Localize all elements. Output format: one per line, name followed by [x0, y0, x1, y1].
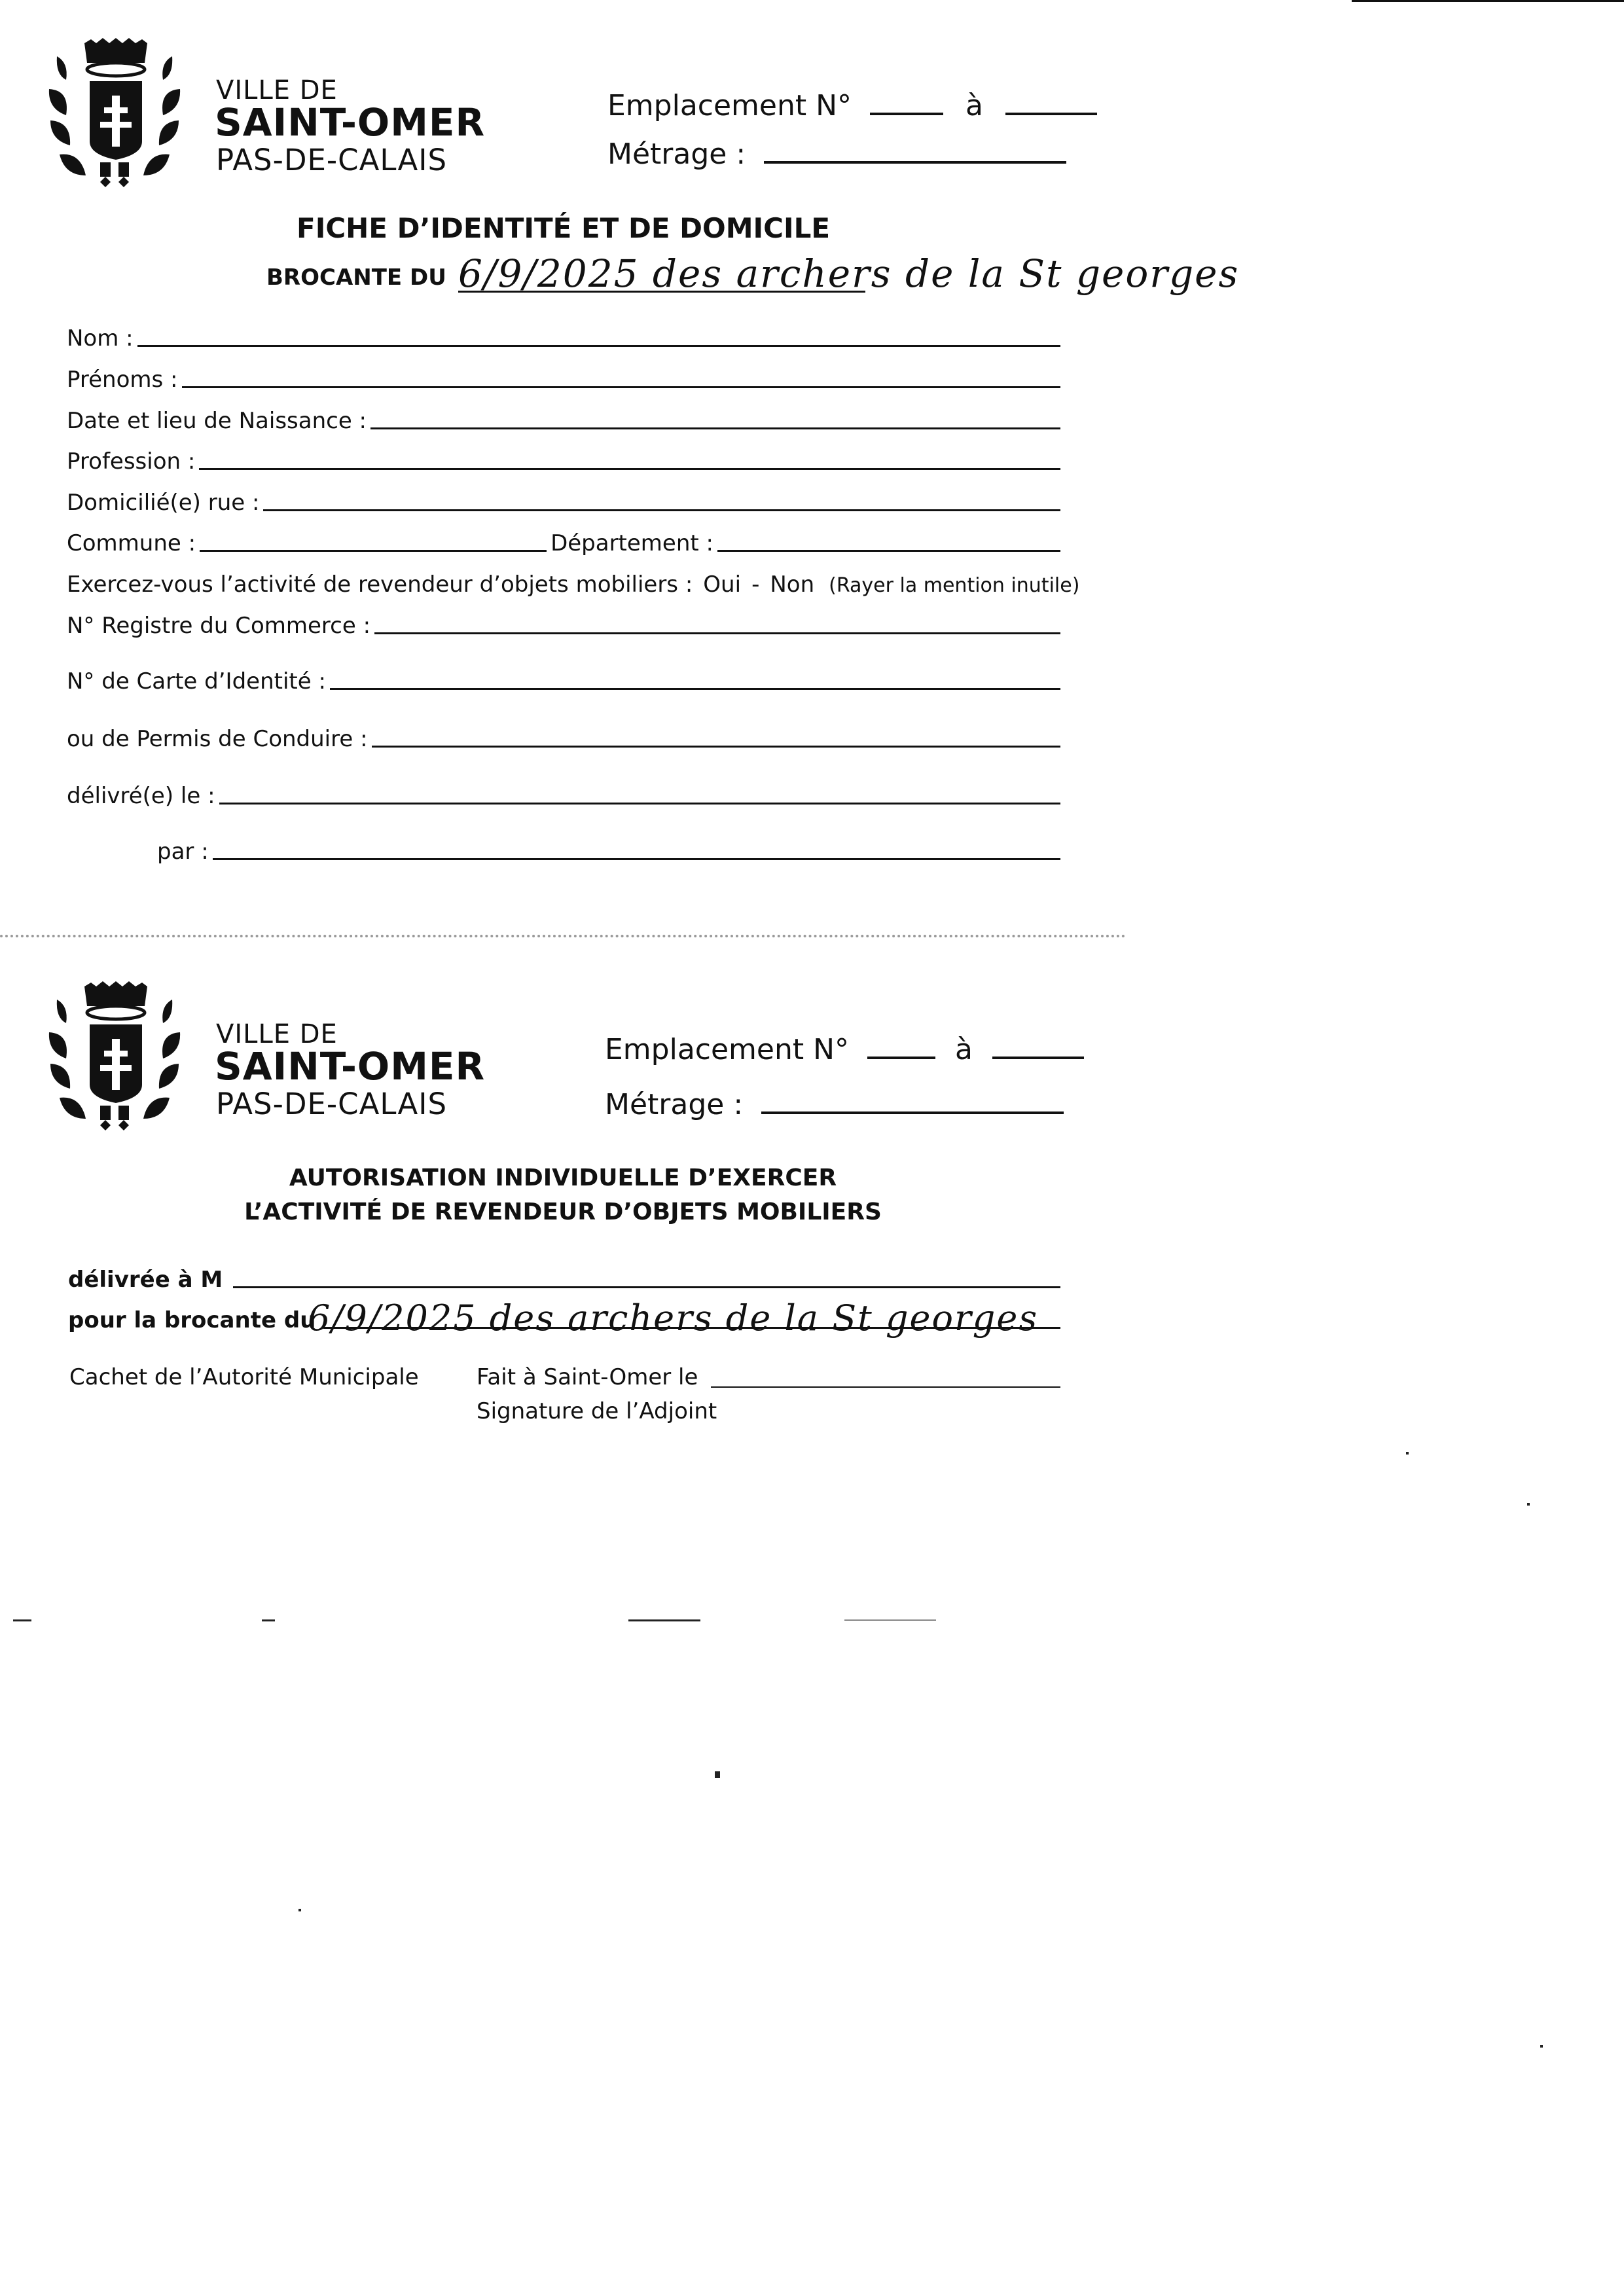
field-label: Profession :	[67, 450, 199, 473]
scan-mark	[1406, 1452, 1409, 1455]
city-crest-icon	[44, 37, 185, 194]
brand-ville-de: VILLE DE	[216, 1021, 338, 1047]
brand-department: PAS-DE-CALAIS	[216, 145, 447, 175]
field-input-line[interactable]	[372, 746, 1060, 748]
cut-separator-dotted	[0, 935, 1126, 937]
field-input-line[interactable]	[374, 632, 1060, 634]
emplacement-label: Emplacement N°	[605, 1033, 849, 1066]
commune-label: Commune :	[67, 532, 200, 554]
field-carte-identite[interactable]: N° de Carte d’Identité :	[67, 670, 1060, 693]
field-date-lieu-naissance[interactable]: Date et lieu de Naissance :	[67, 410, 1060, 432]
signature-label: Signature de l’Adjoint	[477, 1398, 717, 1424]
brocante-label: pour la brocante du	[68, 1309, 323, 1331]
field-domicile-rue[interactable]: Domicilié(e) rue :	[67, 492, 1060, 514]
scan-mark	[715, 1771, 720, 1778]
commune-input-line[interactable]	[200, 550, 547, 552]
authorization-title-line2: L’ACTIVITÉ DE REVENDEUR D’OBJETS MOBILIE…	[0, 1201, 1126, 1224]
emplacement-a-label: à	[955, 1033, 973, 1066]
scan-mark	[298, 1909, 301, 1911]
form-title: FICHE D’IDENTITÉ ET DE DOMICILE	[297, 215, 830, 242]
metrage-field[interactable]	[764, 160, 1066, 164]
brocante-label: BROCANTE DU	[266, 264, 446, 291]
brocante-handwritten-value[interactable]: 6/9/2025 des archers de la St georges	[308, 1297, 1038, 1339]
field-label: N° Registre du Commerce :	[67, 615, 374, 637]
field-par[interactable]: par :	[157, 840, 1060, 863]
emplacement-number-field[interactable]	[867, 1056, 935, 1059]
field-input-line[interactable]	[213, 858, 1060, 860]
metrage-field[interactable]	[761, 1111, 1064, 1114]
scan-mark	[844, 1619, 936, 1621]
scan-mark	[13, 1619, 31, 1621]
emplacement-a-label: à	[965, 89, 983, 122]
field-nom[interactable]: Nom :	[67, 327, 1060, 350]
option-separator: -	[751, 573, 759, 596]
city-crest-icon	[44, 980, 185, 1137]
cachet-label: Cachet de l’Autorité Municipale	[69, 1364, 419, 1390]
field-label: ou de Permis de Conduire :	[67, 728, 372, 750]
delivree-label: délivrée à M	[68, 1269, 233, 1291]
field-input-line[interactable]	[330, 688, 1060, 690]
option-non[interactable]: Non	[770, 573, 814, 596]
field-permis-conduire[interactable]: ou de Permis de Conduire :	[67, 728, 1060, 750]
field-input-line[interactable]	[199, 468, 1060, 470]
field-label: délivré(e) le :	[67, 785, 219, 807]
emplacement-label: Emplacement N°	[607, 89, 852, 122]
brand-ville-de: VILLE DE	[216, 77, 338, 103]
brand-city-name: SAINT-OMER	[215, 103, 485, 141]
field-delivre-le[interactable]: délivré(e) le :	[67, 785, 1060, 807]
emplacement-row: Emplacement N° à	[605, 1036, 1084, 1064]
field-label: Date et lieu de Naissance :	[67, 410, 370, 432]
authorization-title-line1: AUTORISATION INDIVIDUELLE D’EXERCER	[0, 1166, 1126, 1190]
metrage-label: Métrage :	[607, 137, 746, 171]
field-input-line[interactable]	[182, 386, 1060, 388]
emplacement-location-field[interactable]	[992, 1056, 1084, 1059]
field-input-line[interactable]	[370, 427, 1060, 429]
revendeur-question: Exercez-vous l’activité de revendeur d’o…	[67, 573, 693, 596]
field-input-line[interactable]	[219, 803, 1060, 804]
brocante-handwritten-value[interactable]: 6/9/2025 des archers de la St georges	[458, 251, 1239, 296]
field-label: Nom :	[67, 327, 137, 350]
rayer-note: (Rayer la mention inutile)	[829, 576, 1079, 596]
fait-row: Fait à Saint-Omer le	[477, 1364, 1060, 1390]
field-label: Prénoms :	[67, 369, 182, 391]
field-delivree-a[interactable]: délivrée à M	[68, 1269, 1060, 1291]
metrage-row: Métrage :	[605, 1091, 1064, 1119]
field-prenoms[interactable]: Prénoms :	[67, 369, 1060, 391]
emplacement-number-field[interactable]	[870, 112, 943, 115]
field-label: par :	[157, 840, 213, 863]
field-input-line[interactable]	[137, 345, 1060, 347]
scan-mark	[628, 1619, 700, 1621]
field-registre-commerce[interactable]: N° Registre du Commerce :	[67, 615, 1060, 637]
field-label: Domicilié(e) rue :	[67, 492, 263, 514]
field-profession[interactable]: Profession :	[67, 450, 1060, 473]
metrage-label: Métrage :	[605, 1088, 743, 1121]
revendeur-question-row: Exercez-vous l’activité de revendeur d’o…	[67, 573, 1060, 596]
scan-mark	[1527, 1503, 1530, 1506]
field-commune-departement: Commune : Département :	[67, 532, 1060, 554]
departement-label: Département :	[547, 532, 717, 554]
brand-department: PAS-DE-CALAIS	[216, 1089, 447, 1119]
emplacement-row: Emplacement N° à	[607, 92, 1097, 120]
delivree-input-line[interactable]	[233, 1286, 1060, 1288]
scan-mark	[1540, 2045, 1543, 2048]
emplacement-location-field[interactable]	[1005, 112, 1097, 115]
scan-mark	[262, 1619, 275, 1621]
fait-label: Fait à Saint-Omer le	[477, 1364, 711, 1390]
scan-edge-line	[1352, 0, 1624, 2]
fait-date-line[interactable]	[711, 1386, 1060, 1388]
brand-city-name: SAINT-OMER	[215, 1047, 485, 1085]
metrage-row: Métrage :	[607, 140, 1066, 169]
field-input-line[interactable]	[263, 509, 1060, 511]
field-label: N° de Carte d’Identité :	[67, 670, 330, 693]
departement-input-line[interactable]	[717, 550, 1060, 552]
option-oui[interactable]: Oui	[703, 573, 741, 596]
